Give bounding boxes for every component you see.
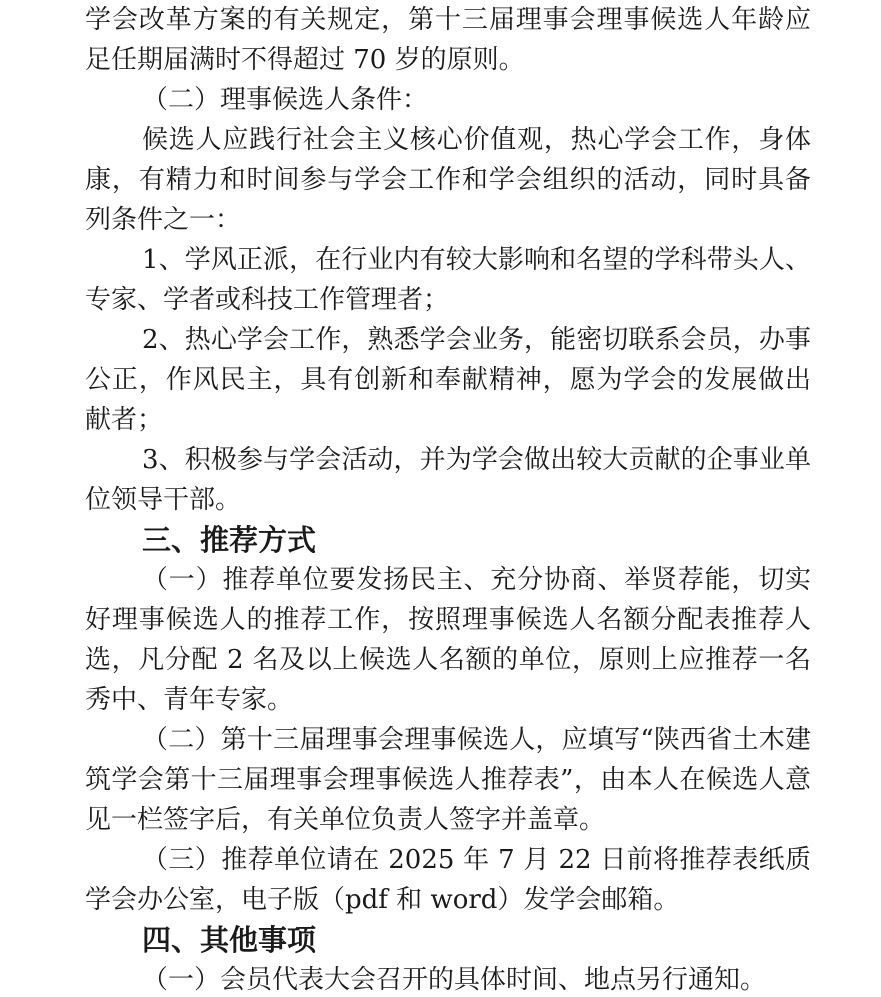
text-line: （三）推荐单位请在 2025 年 7 月 22 日前将推荐表纸质版报 bbox=[85, 840, 811, 880]
text-line: 学会办公室，电子版（pdf 和 word）发学会邮箱。 bbox=[85, 880, 811, 920]
text-line: （一）推荐单位要发扬民主、充分协商、举贤荐能，切实做 bbox=[85, 560, 811, 600]
text-line: 康，有精力和时间参与学会工作和学会组织的活动，同时具备下 bbox=[85, 160, 811, 200]
text-line: （二）理事候选人条件： bbox=[85, 80, 811, 120]
text-line: 公正，作风民主，具有创新和奉献精神，愿为学会的发展做出贡 bbox=[85, 360, 811, 400]
text-line: 专家、学者或科技工作管理者； bbox=[85, 280, 811, 320]
text-line: （二）第十三届理事会理事候选人，应填写“陕西省土木建 bbox=[85, 720, 811, 760]
text-line: 见一栏签字后，有关单位负责人签字并盖章。 bbox=[85, 800, 811, 840]
text-line: 好理事候选人的推荐工作，按照理事候选人名额分配表推荐人 bbox=[85, 600, 811, 640]
section-heading-recommendation-method: 三、推荐方式 bbox=[85, 520, 811, 560]
text-line: 2、热心学会工作，熟悉学会业务，能密切联系会员，办事 bbox=[85, 320, 811, 360]
text-line: 1、学风正派，在行业内有较大影响和名望的学科带头人、 bbox=[85, 240, 811, 280]
text-line: 选，凡分配 2 名及以上候选人名额的单位，原则上应推荐一名优 bbox=[85, 640, 811, 680]
text-line: 3、积极参与学会活动，并为学会做出较大贡献的企事业单 bbox=[85, 440, 811, 480]
text-line: 秀中、青年专家。 bbox=[85, 680, 811, 720]
text-line: 足任期届满时不得超过 70 岁的原则。 bbox=[85, 40, 811, 80]
text-line: 献者； bbox=[85, 400, 811, 440]
text-line: 候选人应践行社会主义核心价值观，热心学会工作，身体健 bbox=[85, 120, 811, 160]
text-line: 学会改革方案的有关规定，第十三届理事会理事候选人年龄应满 bbox=[85, 0, 811, 40]
text-line: 筑学会第十三届理事会理事候选人推荐表”，由本人在候选人意 bbox=[85, 760, 811, 800]
text-line: 列条件之一： bbox=[85, 200, 811, 240]
document-page: 学会改革方案的有关规定，第十三届理事会理事候选人年龄应满 足任期届满时不得超过 … bbox=[0, 0, 881, 997]
section-heading-other-matters: 四、其他事项 bbox=[85, 920, 811, 960]
text-line: （一）会员代表大会召开的具体时间、地点另行通知。 bbox=[85, 960, 811, 997]
text-line: 位领导干部。 bbox=[85, 480, 811, 520]
